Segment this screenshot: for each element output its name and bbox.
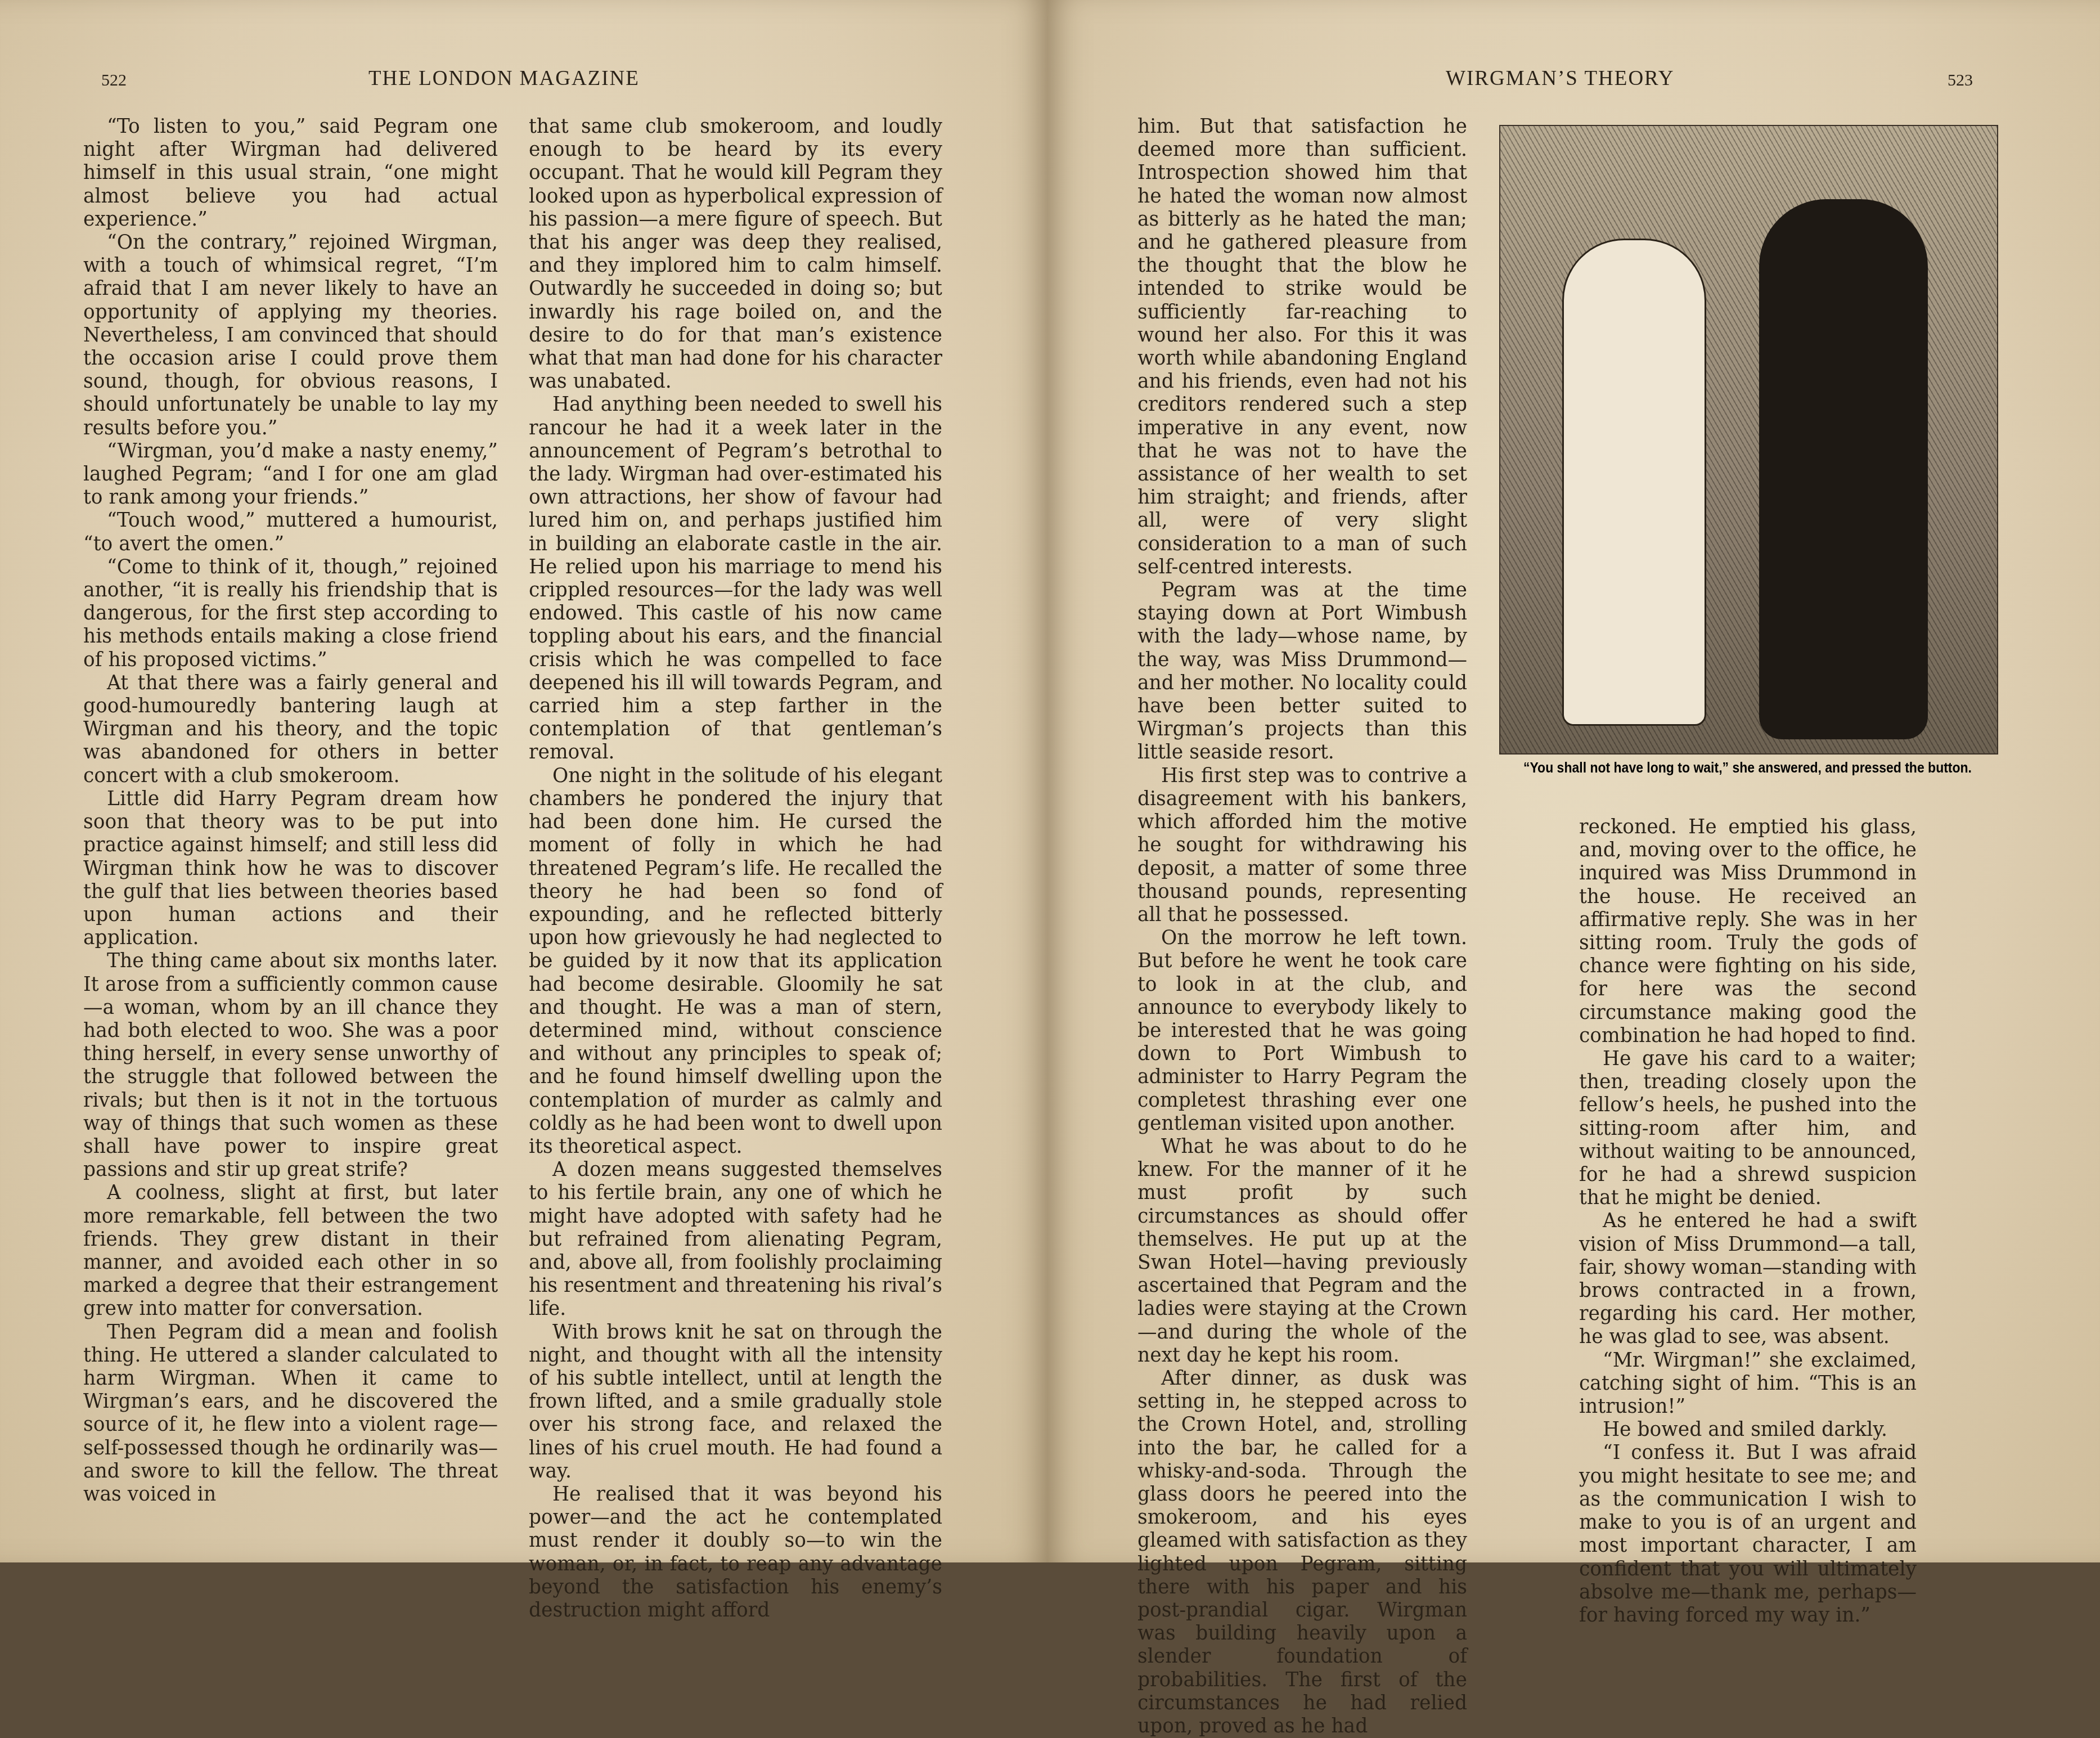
paragraph: “On the contrary,” rejoined Wirgman, wit… [83, 231, 498, 440]
text-column: that same club smokeroom, and loudly eno… [529, 115, 942, 1562]
paragraph: reckoned. He emptied his glass, and, mov… [1579, 816, 1917, 1048]
paragraph: On the morrow he left town. But before h… [1137, 927, 1467, 1135]
paragraph: “I confess it. But I was afraid you migh… [1579, 1441, 1917, 1562]
paragraph: A dozen means suggested themselves to hi… [529, 1158, 942, 1321]
paragraph: “Touch wood,” muttered a humourist, “to … [83, 509, 498, 555]
paragraph: The thing came about six months later. I… [83, 950, 498, 1182]
text-column: reckoned. He emptied his glass, and, mov… [1579, 816, 1917, 1562]
man-figure [1562, 239, 1706, 726]
paragraph: “Mr. Wirgman!” she exclaimed, catching s… [1579, 1349, 1917, 1419]
woman-figure [1759, 199, 1928, 739]
illustration-caption: “You shall not have long to wait,” she a… [1519, 760, 1976, 776]
paragraph: “Wirgman, you’d make a nasty enemy,” lau… [83, 440, 498, 510]
paragraph: “Come to think of it, though,” rejoined … [83, 556, 498, 672]
paragraph: After dinner, as dusk was setting in, he… [1137, 1367, 1467, 1562]
paragraph: that same club smokeroom, and loudly eno… [529, 115, 942, 393]
left-page: 522 THE LONDON MAGAZINE “To listen to yo… [0, 0, 1047, 1562]
magazine-spread: 522 THE LONDON MAGAZINE “To listen to yo… [0, 0, 2100, 1562]
paragraph: At that there was a fairly general and g… [83, 672, 498, 788]
text-column: him. But that satisfaction he deemed mor… [1137, 115, 1467, 1562]
page-number: 522 [101, 71, 127, 90]
paragraph: He bowed and smiled darkly. [1579, 1418, 1917, 1441]
paragraph: With brows knit he sat on through the ni… [529, 1321, 942, 1483]
paragraph: Pegram was at the time staying down at P… [1137, 579, 1467, 765]
page-number: 523 [1948, 71, 1973, 90]
paragraph: He realised that it was beyond his power… [529, 1483, 942, 1562]
illustration [1499, 125, 1998, 755]
running-head: THE LONDON MAGAZINE [368, 66, 640, 91]
text-column: “To listen to you,” said Pegram one nigh… [83, 115, 498, 1506]
paragraph: He gave his card to a waiter; then, trea… [1579, 1048, 1917, 1210]
running-head: WIRGMAN’S THEORY [1446, 66, 1674, 91]
paragraph: “To listen to you,” said Pegram one nigh… [83, 115, 498, 231]
paragraph: As he entered he had a swift vision of M… [1579, 1210, 1917, 1349]
paragraph: Had anything been needed to swell his ra… [529, 393, 942, 764]
paragraph: His first step was to contrive a disagre… [1137, 765, 1467, 927]
paragraph: him. But that satisfaction he deemed mor… [1137, 115, 1467, 579]
paragraph: What he was about to do he knew. For the… [1137, 1135, 1467, 1367]
paragraph: Little did Harry Pegram dream how soon t… [83, 788, 498, 950]
paragraph: A coolness, slight at first, but later m… [83, 1182, 498, 1321]
paragraph: One night in the solitude of his elegant… [529, 765, 942, 1158]
paragraph: Then Pegram did a mean and foolish thing… [83, 1321, 498, 1507]
